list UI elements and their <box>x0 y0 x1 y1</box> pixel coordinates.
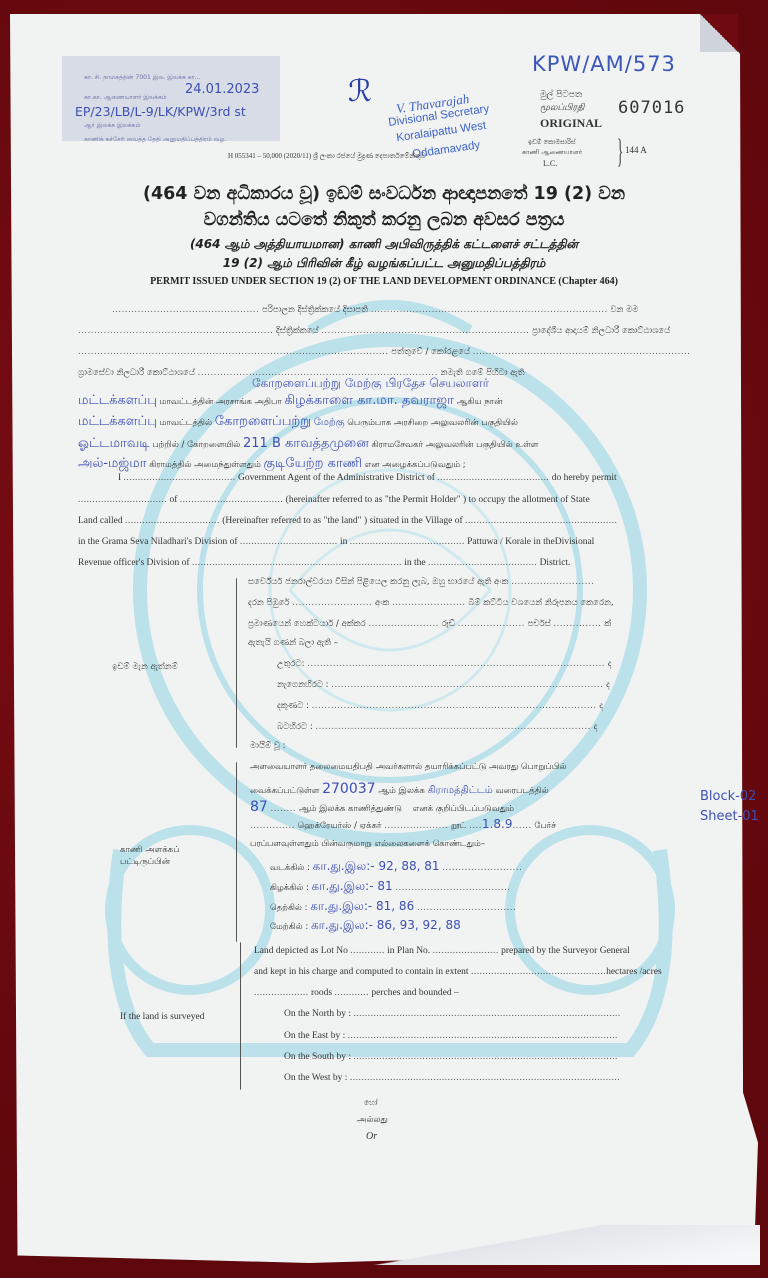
or-ta: அல்லது <box>357 1115 388 1126</box>
si-survey-line-4: ඇතැයි ගණන් බලා ඇති – <box>248 638 338 648</box>
lc-ta: காணி ஆணையாளர் <box>522 148 582 157</box>
title-sinhala-1: (464 වන අධිකාරය වූ) ඉඩම් සංවර්ධන ආඥාපනතේ… <box>0 184 768 204</box>
ta-bound-east: கிழக்கில் : கா.து.இல:- 81 ..............… <box>270 879 511 895</box>
sheet-number: Sheet-01 <box>700 809 759 824</box>
stamp-line-2: கா.கா. ஆணையாளர் இலக்கம் <box>84 94 167 102</box>
or-si: හෝ <box>364 1098 377 1108</box>
en-bound-south: On the South by : ......................… <box>284 1052 618 1062</box>
ta-bound-west: மேற்கில் : கா.து.இல:- 86, 93, 92, 88 <box>270 918 461 934</box>
reference-number: EP/23/LB/L-9/LK/KPW/3rd st <box>75 104 246 119</box>
plan-number: 270037 <box>322 781 375 797</box>
title-sinhala-2: වගන්තිය යටතේ නිකුත් කරනු ලබන අවසර පත්‍රය <box>0 210 768 230</box>
ta-side-label-2: பட்டிருப்பின் <box>120 857 170 868</box>
en-line-3: Land called ............................… <box>78 516 617 526</box>
si-side-label: ඉඩම් මැන ඇත්නම් <box>112 662 178 672</box>
or-en: Or <box>366 1131 377 1142</box>
file-number: KPW/AM/573 <box>532 52 676 76</box>
ta-survey-line-3: 87 ........ ஆம் இலக்க காணித்துண்டு எனக் … <box>250 799 514 815</box>
si-bound-south: දකුණට : ................................… <box>277 701 603 711</box>
ta-bound-north: வடக்கில் : கா.து.இல:- 92, 88, 81 .......… <box>270 859 522 875</box>
en-survey-line-3: ................... roods ............ p… <box>254 988 459 998</box>
original-en: ORIGINAL <box>540 116 602 131</box>
lc-si: ඉඩම් කොමසාරිස් <box>528 138 576 147</box>
original-ta: மூலப்பிரதி <box>540 103 584 114</box>
ta-survey-line-2: வைக்கப்பட்டுள்ள 270037 ஆம் இலக்க கிராமத்… <box>250 781 549 797</box>
lot-number: 87 <box>250 799 268 815</box>
en-survey-line-2: and kept in his charge and computed to c… <box>254 967 662 977</box>
bracket-ta <box>236 762 237 942</box>
stamp-line-4: காணிக் கச்சேரி வைத்த தேதி அனுமதிப்பத்திர… <box>84 136 226 144</box>
si-survey-line-3: ප්‍රමාණයෙන් හෙක්ටයාර් / අක්කර ..........… <box>248 619 611 629</box>
ta-survey-line-5: பரப்பளவுள்ளதும் பின்வருமாறு எல்லைகளைக் க… <box>250 839 485 850</box>
signature: ℛ <box>348 74 372 109</box>
si-line-1: ........................................… <box>112 305 638 315</box>
ta-line-1: மட்டக்களப்பு மாவட்டத்தின் அரசாங்க அதிபா … <box>78 393 502 409</box>
en-bound-east: On the East by : .......................… <box>284 1031 618 1041</box>
stamp-line-3: ஆர் இலக்க இலக்கம் <box>84 122 140 130</box>
serial-number: 607016 <box>618 98 685 118</box>
si-bound-west: බටහිරට : ...............................… <box>277 722 597 732</box>
si-survey-line-1: සර්වේයර් ජනරාල්වරයා විසින් පිළියෙල කරනු … <box>248 577 594 587</box>
si-bound-north: උතුරට: .................................… <box>277 659 611 669</box>
en-side-label: If the land is surveyed <box>120 1012 204 1022</box>
ta-line-2: மட்டக்களப்பு மாவட்டத்தில் கோறளைப்பற்று ம… <box>78 414 518 430</box>
title-tamil-2: 19 (2) ஆம் பிரிவின் கீழ் வழங்கப்பட்ட அனு… <box>0 256 768 272</box>
print-code: H 055341 – 50,000 (2020/11) ශ්‍රී ලංකා ර… <box>228 152 426 161</box>
en-line-1: I ......................................… <box>118 473 617 483</box>
si-bounded: මායිම් වූ : <box>250 741 286 751</box>
hand-ds-office: கோறளைப்பற்று மேற்கு பிரதேச செயலாளர் <box>252 376 489 392</box>
ta-bound-south: தெற்கில் : கா.து.இல:- 81, 86 ...........… <box>270 899 516 915</box>
block-number: Block-02 <box>700 789 756 804</box>
en-bound-west: On the West by : .......................… <box>284 1073 620 1083</box>
bracket-en <box>240 942 241 1090</box>
ta-survey-line-1: அளவையாளர் தலைமையதிபதி அவர்களால் தயாரிக்க… <box>250 762 567 773</box>
folded-corner <box>700 14 738 52</box>
stamp-line-1: கா. சி. நாமகத்தின் 7001 இல. இலக்க கா... <box>84 74 200 82</box>
lc-brace: } <box>617 133 624 171</box>
lc-number: 144 A <box>625 145 647 155</box>
ta-line-3: ஓட்டமாவடி பற்றில் / கோறளையில் 211 B காவத… <box>78 436 538 452</box>
si-line-3: ........................................… <box>78 347 690 357</box>
title-tamil-1: (464 ஆம் அத்தியாயமான) காணி அபிவிருத்திக்… <box>0 237 768 253</box>
si-survey-line-2: දරන පිඹුරේ ......................... අංක… <box>248 598 614 608</box>
perches-value: 1.8.9 <box>482 817 513 831</box>
title-english: PERMIT ISSUED UNDER SECTION 19 (2) OF TH… <box>0 276 768 287</box>
bracket-si <box>236 578 237 748</box>
lc-en: L.C. <box>543 159 557 168</box>
en-bound-north: On the North by : ......................… <box>284 1009 621 1019</box>
en-line-5: Revenue officer's Division of ..........… <box>78 558 570 568</box>
en-line-2: ............................... of .....… <box>78 495 590 505</box>
si-bound-east: නැගෙනහිරට : ............................… <box>277 680 610 690</box>
ta-line-4: அல்-மஜ்மா கிராமத்தில் அமைந்துள்ளதும் குட… <box>78 456 466 472</box>
en-survey-line-1: Land depicted as Lot No ............ in … <box>254 946 630 956</box>
stamp-date: 24.01.2023 <box>185 82 259 97</box>
ta-side-label-1: காணி அளக்கப் <box>120 845 180 856</box>
en-line-4: in the Grama Seva Niladhari's Division o… <box>78 537 594 547</box>
ta-survey-line-4: .............. ஹெக்ரேயர்ஸ் / ஏக்கர் ....… <box>250 817 556 832</box>
si-line-2: ........................................… <box>78 326 670 336</box>
original-si: මුල් පිටපත <box>540 90 582 100</box>
folded-bottom-edge <box>340 1225 760 1265</box>
